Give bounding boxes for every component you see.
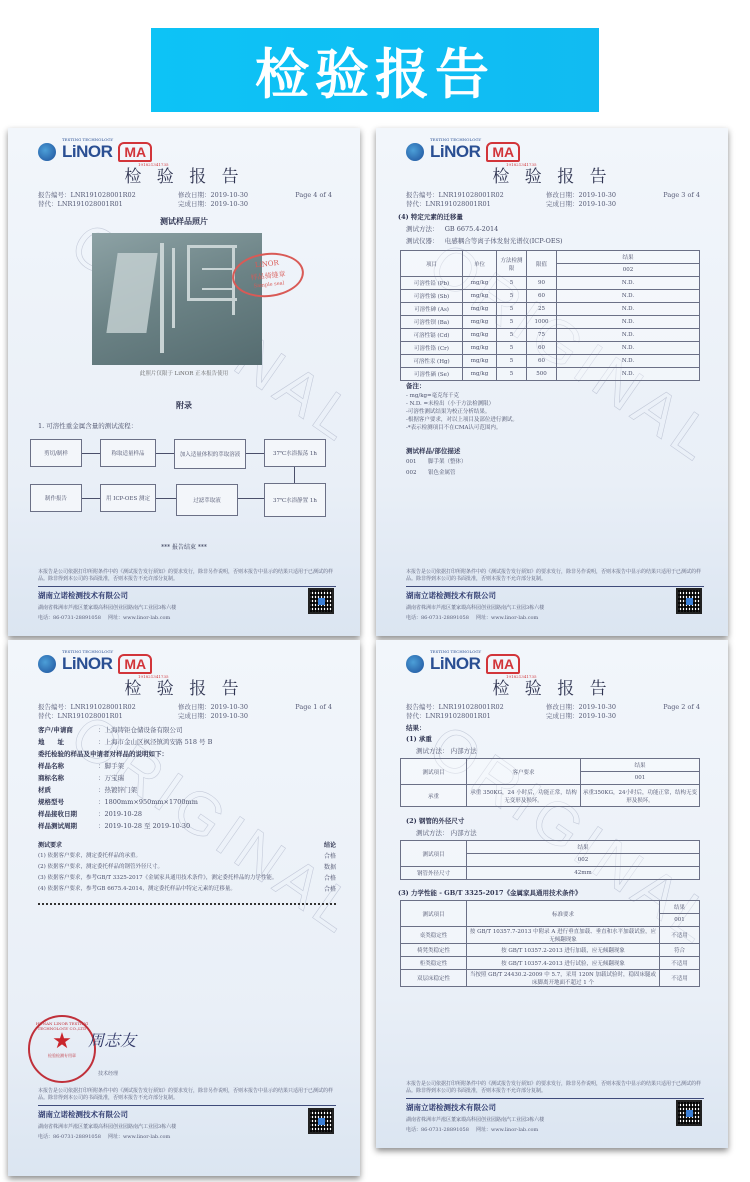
company-phone: 电话：86-0731-28891058: [38, 1133, 101, 1141]
requirement-text: (2) 依据客户要求，测定委托样品的钢管外径尺寸。: [38, 862, 163, 873]
sample-id: 002: [467, 854, 700, 867]
company-website: 网址：www.linor-lab.com: [476, 614, 538, 622]
company-name: 湖南立诺检测技术有限公司: [38, 1109, 128, 1120]
company-name: 湖南立诺检测技术有限公司: [38, 590, 128, 601]
note-item: - mg/kg=毫克每千克: [406, 392, 704, 400]
cell-item: 承重: [401, 785, 467, 807]
report-ids: 报告编号：LNR191028001R02替代：LNR191028001R01: [38, 191, 136, 209]
requirement-text: (3) 依据客户要求，参考GB/T 3325-2017《金属家具通用技术条件》，…: [38, 873, 277, 884]
field-value: ：2019-10-28 至 2019-10-30: [98, 820, 190, 832]
official-stamp: HUNAN LINOR TESTING TECHNOLOGY CO.,LTD ★…: [28, 1015, 96, 1083]
linor-logo: LiNOR TESTING TECHNOLOGY MA 191821341735: [406, 654, 520, 674]
company-phone: 电话：86-0731-28891058: [406, 614, 469, 622]
table-cell: N.D.: [557, 355, 700, 368]
signature: 周志友: [88, 1028, 136, 1051]
footer-note: 本报告是公司依据打印所附条件中的《测试报告发行须知》的要求发行，除非另作说明，否…: [38, 1088, 336, 1102]
qr-code-icon: [308, 588, 334, 614]
table-cell: 按 GB/T 10357.2-2013 进行加载，应无倾翻现象: [467, 944, 660, 957]
completed-date: 完成日期：2019-10-30: [546, 200, 616, 209]
table-row: 可溶性汞 (Hg)mg/kg560N.D.: [401, 355, 700, 368]
report-number: 报告编号：LNR191028001R02: [38, 703, 136, 712]
table-cell: 60: [527, 355, 557, 368]
flow-step-3: 加入适量体积的萃取溶液: [174, 439, 246, 469]
flow-step-4: 37℃水浴振荡 1h: [264, 439, 326, 467]
instrument-label: 测试仪器：: [406, 237, 439, 245]
results-label: 结果：: [406, 724, 426, 732]
col-header-result: 结果: [557, 251, 700, 264]
globe-icon: [38, 655, 56, 673]
table-cell: mg/kg: [463, 277, 497, 290]
field-label: 样品测试周期: [38, 820, 98, 832]
col-header-mdl: 方法检测限: [497, 251, 527, 277]
field-value: ：1800mm×950mm×1700mm: [98, 796, 198, 808]
replaces-number: 替代：LNR191028001R01: [38, 712, 136, 721]
table-cell: 可溶性汞 (Hg): [401, 355, 463, 368]
sample-desc: 银色金属管: [428, 470, 456, 476]
section-1-method: 测试方法： 内部方法: [416, 746, 704, 757]
modified-date: 修改日期：2019-10-30: [178, 703, 248, 712]
qr-code-icon: [676, 588, 702, 614]
linor-logo: LiNOR TESTING TECHNOLOGY MA 191821341735: [406, 142, 520, 162]
table-row: 桌类稳定性按 GB/T 10357.7-2013 中附录 A 进行垂直加载、垂直…: [401, 927, 700, 944]
address-value: ：上海市金山区枫泾镇鸿安路 518 号 B: [98, 736, 212, 748]
field-value: ：2019-10-28: [98, 808, 142, 820]
doc-title: 检 验 报 告: [8, 674, 360, 699]
col-header-item: 测试项目: [401, 759, 467, 785]
table-row: 可溶性镉 (Cd)mg/kg575N.D.: [401, 329, 700, 342]
company-phone: 电话：86-0731-28891058: [38, 614, 101, 622]
modified-date: 修改日期：2019-10-30: [546, 191, 616, 200]
completed-date: 完成日期：2019-10-30: [178, 712, 248, 721]
table-cell: 可溶性砷 (As): [401, 303, 463, 316]
table-cell: mg/kg: [463, 342, 497, 355]
info-row: 材质：热镀锌门架: [38, 784, 336, 796]
report-ids: 报告编号：LNR191028001R02替代：LNR191028001R01: [38, 703, 136, 721]
table-row: 可溶性铬 (Cr)mg/kg560N.D.: [401, 342, 700, 355]
table-cell: 可溶性铬 (Cr): [401, 342, 463, 355]
flow-step-7: 用 ICP-OES 测定: [100, 484, 156, 512]
qr-code-icon: [308, 1108, 334, 1134]
replaces-number: 替代：LNR191028001R01: [406, 712, 504, 721]
cell-result: 承重350KG，24小时后，功能正常，结构无变形及损坏。: [581, 785, 700, 807]
sample-descriptions: 测试样品/部位描述 001脚手架（整体）002银色金属管: [406, 446, 704, 479]
field-value: ：万宝瑞: [98, 772, 124, 784]
table-cell: 双层床稳定性: [401, 970, 467, 987]
table-cell: 可溶性镉 (Cd): [401, 329, 463, 342]
table-cell: N.D.: [557, 368, 700, 381]
note-item: -*表示检测项目不在CMA认可范围内。: [406, 424, 704, 432]
table-cell: 90: [527, 277, 557, 290]
table-cell: 按 GB/T 10357.4-2013 进行试验，应无倾翻现象: [467, 957, 660, 970]
flow-step-2: 称取适量样品: [100, 439, 156, 467]
col-header-requirement: 标准要求: [467, 901, 660, 927]
company-website: 网址：www.linor-lab.com: [476, 1126, 538, 1134]
logo-sub: TESTING TECHNOLOGY: [62, 137, 113, 142]
table-cell: 60: [527, 342, 557, 355]
stamp-inner: 检验检测专用章: [30, 1053, 94, 1059]
table-cell: N.D.: [557, 290, 700, 303]
flow-step-1: 剪切/制样: [30, 439, 82, 467]
table-cell: 5: [497, 303, 527, 316]
report-dates: 修改日期：2019-10-30完成日期：2019-10-30: [178, 703, 248, 721]
sample-id: 002: [406, 468, 428, 479]
table-cell: 5: [497, 329, 527, 342]
footer-note: 本报告是公司依据打印所附条件中的《测试报告发行须知》的要求发行，除非另作说明，否…: [406, 1081, 704, 1095]
logo-sub: TESTING TECHNOLOGY: [430, 137, 481, 142]
client-value: ：上海铸钜仓储设备有限公司: [98, 724, 183, 736]
table-row: 可溶性硒 (Se)mg/kg5500N.D.: [401, 368, 700, 381]
qr-code-icon: [676, 1100, 702, 1126]
method-label: 测试方法：: [406, 225, 439, 233]
doc-title: 检 验 报 告: [8, 162, 360, 187]
company-website: 网址：www.linor-lab.com: [108, 1133, 170, 1141]
logo-brand: LiNOR: [430, 142, 480, 162]
col-header-item: 项目: [401, 251, 463, 277]
flow-title: 1. 可溶性重金属含量的测试流程：: [38, 421, 336, 432]
table-cell: 当按照 GB/T 24430.2-2009 中 5.7，采用 120N 加载试验…: [467, 970, 660, 987]
table-cell: 75: [527, 329, 557, 342]
method-value: GB 6675.4-2014: [445, 225, 499, 233]
notes: 备注： - mg/kg=毫克每千克- N.D. =未检出（小于方法检测限）-可溶…: [406, 381, 704, 432]
company-address: 湖南省株洲市芦淞区董家塅高科园创业园路南汽工业园3栋六楼: [406, 604, 544, 612]
header-banner: 检验报告: [151, 28, 599, 112]
client-info: 客户/申请商：上海铸钜仓储设备有限公司 地 址：上海市金山区枫泾镇鸿安路 518…: [38, 724, 336, 832]
logo-brand: LiNOR: [430, 654, 480, 674]
page-number: Page 1 of 4: [295, 703, 332, 712]
table-row: 可溶性锑 (Sb)mg/kg560N.D.: [401, 290, 700, 303]
sample-desc: 脚手架（整体）: [428, 459, 467, 465]
table-cell: N.D.: [557, 329, 700, 342]
report-dates: 修改日期：2019-10-30完成日期：2019-10-30: [546, 703, 616, 721]
table-cell: 5: [497, 355, 527, 368]
table-cell: 60: [527, 290, 557, 303]
table-cell: 可溶性铅 (Pb): [401, 277, 463, 290]
page-number: Page 2 of 4: [663, 703, 700, 712]
footer-note: 本报告是公司依据打印所附条件中的《测试报告发行须知》的要求发行，除非另作说明，否…: [406, 569, 704, 583]
table-cell: 5: [497, 368, 527, 381]
note-item: -根据客户要求，对以上项目及部位进行测试。: [406, 416, 704, 424]
note-item: -可溶性测试结果为校正分析结果。: [406, 408, 704, 416]
requirement-result: 合格: [324, 884, 336, 895]
photo-caption: 此照片仅限于 LiNOR 正本报告使用: [8, 369, 360, 377]
modified-date: 修改日期：2019-10-30: [546, 703, 616, 712]
field-label: 商标名称: [38, 772, 98, 784]
logo-brand: LiNOR: [62, 654, 112, 674]
requirement-text: (4) 依据客户要求，参考GB 6675.4-2014，测定委托样品中特定元素的…: [38, 884, 236, 895]
section-title: (4) 特定元素的迁移量: [398, 213, 463, 221]
report-dates: 修改日期：2019-10-30完成日期：2019-10-30: [546, 191, 616, 209]
field-value: ：热镀锌门架: [98, 784, 137, 796]
table-cell: 可溶性锑 (Sb): [401, 290, 463, 303]
linor-logo: LiNOR TESTING TECHNOLOGY MA 191821341735: [38, 654, 152, 674]
requirement-row: (1) 依据客户要求，测定委托样品的承重。合格: [38, 851, 336, 862]
table-cell: 5: [497, 277, 527, 290]
sample-id: 002: [557, 264, 700, 277]
table-cell: mg/kg: [463, 290, 497, 303]
sample-intro: 委托检验的样品及申请者对样品的说明如下：: [38, 748, 168, 760]
company-address: 湖南省株洲市芦淞区董家塅高科园创业园路南汽工业园3栋六楼: [406, 1116, 544, 1124]
sample-id: 001: [581, 772, 700, 785]
report-page-3: ORIGINAL LiNOR TESTING TECHNOLOGY MA 191…: [376, 128, 728, 636]
info-row: 商标名称：万宝瑞: [38, 772, 336, 784]
cma-mark-icon: MA: [118, 142, 152, 162]
field-label: 样品名称: [38, 760, 98, 772]
report-number: 报告编号：LNR191028001R02: [38, 191, 136, 200]
field-label: 规格型号: [38, 796, 98, 808]
col-header-item: 测试项目: [401, 901, 467, 927]
cell-result: 42mm: [467, 867, 700, 880]
info-row: 规格型号：1800mm×950mm×1700mm: [38, 796, 336, 808]
table-cell: mg/kg: [463, 303, 497, 316]
company-address: 湖南省株洲市芦淞区董家塅高科园创业园路南汽工业园3栋六楼: [38, 604, 176, 612]
table-cell: 5: [497, 290, 527, 303]
flow-step-6: 过滤萃取液: [176, 484, 238, 516]
logo-brand: LiNOR: [62, 142, 112, 162]
table-row: 可溶性铅 (Pb)mg/kg590N.D.: [401, 277, 700, 290]
section-3-title: (3) 力学性能 - GB/T 3325-2017《金属家具通用技术条件》: [398, 889, 582, 897]
doc-title: 检 验 报 告: [376, 162, 728, 187]
banner-title: 检验报告: [255, 32, 495, 109]
requirement-row: (3) 依据客户要求，参考GB/T 3325-2017《金属家具通用技术条件》，…: [38, 873, 336, 884]
completed-date: 完成日期：2019-10-30: [178, 200, 248, 209]
col-header-item: 测试项目: [401, 841, 467, 867]
requirement-text: (1) 依据客户要求，测定委托样品的承重。: [38, 851, 141, 862]
client-label: 客户/申请商: [38, 724, 98, 736]
table-cell: 符合: [660, 944, 700, 957]
info-row: 样品测试周期：2019-10-28 至 2019-10-30: [38, 820, 336, 832]
field-label: 材质: [38, 784, 98, 796]
flow-step-5: 37℃水浴静置 1h: [264, 483, 326, 517]
report-number: 报告编号：LNR191028001R02: [406, 703, 504, 712]
page-number: Page 3 of 4: [663, 191, 700, 200]
col-header-result: 结果: [581, 759, 700, 772]
table-cell: 柜类稳定性: [401, 957, 467, 970]
logo-sub: TESTING TECHNOLOGY: [430, 649, 481, 654]
diameter-table: 测试项目 结果 002 钢管外径尺寸 42mm: [400, 840, 700, 880]
table-cell: 桌类稳定性: [401, 927, 467, 944]
report-page-1: ORIGINAL LiNOR TESTING TECHNOLOGY MA 191…: [8, 640, 360, 1176]
globe-icon: [406, 143, 424, 161]
requirement-row: (2) 依据客户要求，测定委托样品的钢管外径尺寸。数据: [38, 862, 336, 873]
cell-requirement: 承重 350KG，24 小时后，功能正常，结构无变形及损坏。: [467, 785, 581, 807]
star-icon: ★: [30, 1031, 94, 1053]
table-cell: mg/kg: [463, 316, 497, 329]
table-cell: N.D.: [557, 342, 700, 355]
globe-icon: [406, 655, 424, 673]
info-row: 样品名称：脚手架: [38, 760, 336, 772]
table-cell: N.D.: [557, 303, 700, 316]
linor-logo: LiNOR TESTING TECHNOLOGY MA 191821341735: [38, 142, 152, 162]
cma-mark-icon: MA: [118, 654, 152, 674]
table-cell: 25: [527, 303, 557, 316]
company-name: 湖南立诺检测技术有限公司: [406, 590, 496, 601]
requirement-result: 数据: [324, 862, 336, 873]
requirements: 测试要求结论 (1) 依据客户要求，测定委托样品的承重。合格(2) 依据客户要求…: [38, 840, 336, 895]
notes-title: 备注：: [406, 382, 426, 390]
table-cell: mg/kg: [463, 355, 497, 368]
cma-mark-icon: MA: [486, 142, 520, 162]
table-cell: 椅凳类稳定性: [401, 944, 467, 957]
note-item: - N.D. =未检出（小于方法检测限）: [406, 400, 704, 408]
table-cell: mg/kg: [463, 368, 497, 381]
table-cell: N.D.: [557, 277, 700, 290]
report-number: 报告编号：LNR191028001R02: [406, 191, 504, 200]
footer-note: 本报告是公司依据打印所附条件中的《测试报告发行须知》的要求发行，除非另作说明，否…: [38, 569, 336, 583]
report-page-4: ORIGINAL LiNOR TESTING TECHNOLOGY MA 191…: [8, 128, 360, 636]
table-cell: mg/kg: [463, 329, 497, 342]
table-cell: 按 GB/T 10357.7-2013 中附录 A 进行垂直加载、垂直和水平加载…: [467, 927, 660, 944]
field-value: ：脚手架: [98, 760, 124, 772]
report-dates: 修改日期：2019-10-30完成日期：2019-10-30: [178, 191, 248, 209]
table-cell: 1000: [527, 316, 557, 329]
table-cell: 不适用: [660, 970, 700, 987]
company-website: 网址：www.linor-lab.com: [108, 614, 170, 622]
sample-item: 001脚手架（整体）: [406, 457, 704, 468]
table-cell: 不适用: [660, 957, 700, 970]
table-cell: N.D.: [557, 316, 700, 329]
replaces-number: 替代：LNR191028001R01: [38, 200, 136, 209]
samples-title: 测试样品/部位描述: [406, 447, 460, 455]
globe-icon: [38, 143, 56, 161]
flow-step-8: 制作报告: [30, 484, 82, 512]
section-2-method: 测试方法： 内部方法: [416, 828, 704, 839]
col-header-requirement: 客户要求: [467, 759, 581, 785]
table-row: 双层床稳定性当按照 GB/T 24430.2-2009 中 5.7，采用 120…: [401, 970, 700, 987]
field-label: 样品接收日期: [38, 808, 98, 820]
requirement-result: 合格: [324, 873, 336, 884]
section-1-title: (1) 承重: [406, 735, 432, 743]
page-number: Page 4 of 4: [295, 191, 332, 200]
company-name: 湖南立诺检测技术有限公司: [406, 1102, 496, 1113]
migration-table: 项目 单位 方法检测限 限值 结果 002 可溶性铅 (Pb)mg/kg590N…: [400, 250, 700, 381]
col-header-unit: 单位: [463, 251, 497, 277]
requirement-result: 合格: [324, 851, 336, 862]
col-header-result: 结果: [660, 901, 700, 914]
col-header-result: 结果: [467, 841, 700, 854]
sample-id: 001: [406, 457, 428, 468]
report-ids: 报告编号：LNR191028001R02替代：LNR191028001R01: [406, 191, 504, 209]
req-header: 测试要求: [38, 840, 62, 851]
table-row: 可溶性钡 (Ba)mg/kg51000N.D.: [401, 316, 700, 329]
company-phone: 电话：86-0731-28891058: [406, 1126, 469, 1134]
photo-heading: 测试样品照片: [8, 216, 360, 227]
cell-item: 钢管外径尺寸: [401, 867, 467, 880]
doc-title: 检 验 报 告: [376, 674, 728, 699]
requirement-row: (4) 依据客户要求，参考GB 6675.4-2014，测定委托样品中特定元素的…: [38, 884, 336, 895]
modified-date: 修改日期：2019-10-30: [178, 191, 248, 200]
replaces-number: 替代：LNR191028001R01: [406, 200, 504, 209]
table-cell: 可溶性钡 (Ba): [401, 316, 463, 329]
conclusion-header: 结论: [324, 840, 336, 851]
instrument-value: 电感耦合等离子体发射光谱仪(ICP-OES): [445, 237, 563, 245]
address-label: 地 址: [38, 736, 98, 748]
appendix-title: 附录: [8, 400, 360, 411]
mechanical-table: 测试项目 标准要求 结果 001 桌类稳定性按 GB/T 10357.7-201…: [400, 900, 700, 987]
table-row: 可溶性砷 (As)mg/kg525N.D.: [401, 303, 700, 316]
company-address: 湖南省株洲市芦淞区董家塅高科园创业园路南汽工业园3栋六楼: [38, 1123, 176, 1131]
sample-photo: [92, 233, 262, 365]
info-row: 样品接收日期：2019-10-28: [38, 808, 336, 820]
table-cell: 不适用: [660, 927, 700, 944]
completed-date: 完成日期：2019-10-30: [546, 712, 616, 721]
end-of-report: *** 报告结束 ***: [8, 542, 360, 551]
load-table: 测试项目 客户要求 结果 001 承重 承重 350KG，24 小时后，功能正常…: [400, 758, 700, 807]
table-row: 椅凳类稳定性按 GB/T 10357.2-2013 进行加载，应无倾翻现象符合: [401, 944, 700, 957]
table-cell: 5: [497, 342, 527, 355]
signer-title: 技术经理: [98, 1070, 118, 1078]
cma-mark-icon: MA: [486, 654, 520, 674]
section-2-title: (2) 钢管的外径尺寸: [406, 817, 464, 825]
table-cell: 5: [497, 316, 527, 329]
sample-item: 002银色金属管: [406, 468, 704, 479]
report-ids: 报告编号：LNR191028001R02替代：LNR191028001R01: [406, 703, 504, 721]
sample-id: 001: [660, 914, 700, 927]
table-cell: 可溶性硒 (Se): [401, 368, 463, 381]
table-cell: 500: [527, 368, 557, 381]
table-row: 柜类稳定性按 GB/T 10357.4-2013 进行试验，应无倾翻现象不适用: [401, 957, 700, 970]
col-header-limit: 限值: [527, 251, 557, 277]
report-page-2: ORIGINAL LiNOR TESTING TECHNOLOGY MA 191…: [376, 640, 728, 1148]
logo-sub: TESTING TECHNOLOGY: [62, 649, 113, 654]
